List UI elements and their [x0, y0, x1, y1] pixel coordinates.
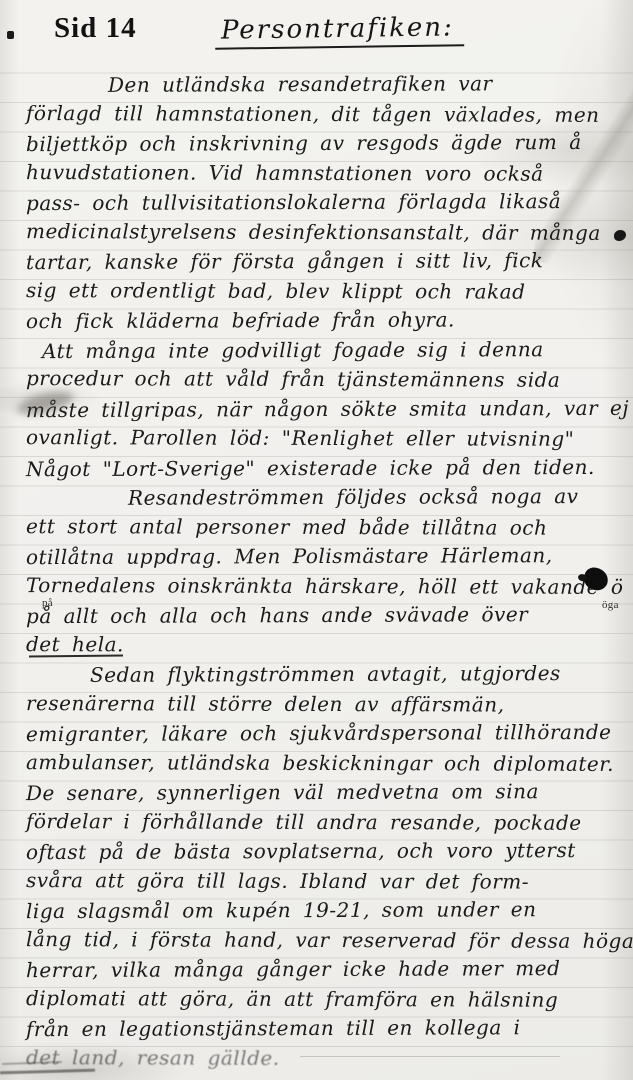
manuscript-line: måste tillgripas, när någon sökte smita … — [26, 393, 622, 425]
manuscript-line: Något "Lort-Sverige" existerade icke på … — [26, 452, 622, 484]
paragraph: Den utländska resandetrafiken varförlagd… — [26, 70, 622, 336]
manuscript-line: tartar, kanske för första gången i sitt … — [26, 246, 622, 278]
manuscript-line: huvudstationen. Vid hamnstationen voro o… — [26, 158, 622, 189]
manuscript-line: diplomati att göra, än att framföra en h… — [26, 984, 622, 1015]
manuscript-line: Den utländska resandetrafiken var — [26, 69, 622, 101]
manuscript-line: otillåtna uppdrag. Men Polismästare Härl… — [26, 541, 622, 573]
margin-note-right: öga — [602, 599, 619, 611]
manuscript-line: och fick kläderna befriade från ohyra. — [26, 305, 622, 337]
page-header: Sid 14 Persontrafiken: — [54, 12, 613, 48]
manuscript-line: Att många inte godvilligt fogade sig i d… — [26, 334, 622, 366]
manuscript-line: resenärerna till större delen av affärsm… — [26, 689, 622, 720]
manuscript: Den utländska resandetrafiken varförlagd… — [26, 70, 622, 1073]
paragraph: Sedan flyktingströmmen avtagit, utgjorde… — [26, 660, 622, 1073]
faint-rule — [300, 1056, 560, 1057]
manuscript-line: liga slagsmål om kupén 19-21, som under … — [26, 895, 622, 927]
scan-artifact-dot — [7, 31, 14, 39]
manuscript-line: herrar, vilka många gånger icke hade mer… — [26, 954, 622, 986]
manuscript-line: oftast på de bästa sovplatserna, och vor… — [26, 836, 622, 868]
manuscript-line: lång tid, i första hand, var reserverad … — [26, 925, 622, 956]
manuscript-line: Resandeströmmen följdes också noga av — [26, 482, 622, 514]
manuscript-line: sig ett ordentligt bad, blev klippt och … — [26, 276, 622, 307]
manuscript-line: biljettköp och inskrivning av resgods äg… — [26, 128, 622, 160]
manuscript-line: pass- och tullvisitationslokalerna förla… — [26, 187, 622, 219]
manuscript-line: De senare, synnerligen väl medvetna om s… — [26, 777, 622, 809]
page-number-label: Sid 14 — [54, 12, 137, 45]
paragraph: Att många inte godvilligt fogade sig i d… — [26, 336, 622, 484]
manuscript-page: Sid 14 Persontrafiken: Den utländska res… — [0, 0, 633, 1080]
manuscript-line: svåra att göra till lags. Ibland var det… — [26, 866, 622, 897]
ink-blot-small — [614, 230, 626, 241]
manuscript-line: på allt och alla och hans ande svävade ö… — [26, 600, 622, 632]
manuscript-line: ambulanser, utländska beskickningar och … — [26, 748, 622, 779]
manuscript-line: ovanligt. Parollen löd: "Renlighet eller… — [26, 423, 622, 454]
paragraph: Resandeströmmen följdes också noga avett… — [26, 483, 622, 660]
manuscript-line: det land, resan gällde. — [26, 1043, 622, 1074]
page-title: Persontrafiken: — [214, 12, 463, 49]
scan-artifact-streak — [0, 1069, 95, 1075]
manuscript-line: fördelar i förhållande till andra resand… — [26, 807, 622, 838]
manuscript-line: Tornedalens oinskränkta härskare, höll e… — [26, 571, 622, 602]
manuscript-line: procedur och att våld från tjänstemännen… — [26, 364, 622, 395]
manuscript-line: emigranter, läkare och sjukvårdspersonal… — [26, 718, 622, 750]
manuscript-line: Sedan flyktingströmmen avtagit, utgjorde… — [26, 659, 622, 691]
manuscript-line: medicinalstyrelsens desinfektionsanstalt… — [26, 217, 622, 248]
manuscript-line: från en legationstjänsteman till en koll… — [26, 1013, 622, 1045]
manuscript-line: förlagd till hamnstationen, dit tågen vä… — [26, 99, 622, 130]
margin-note-left: på — [42, 597, 53, 609]
manuscript-line: ett stort antal personer med både tillåt… — [26, 512, 622, 543]
